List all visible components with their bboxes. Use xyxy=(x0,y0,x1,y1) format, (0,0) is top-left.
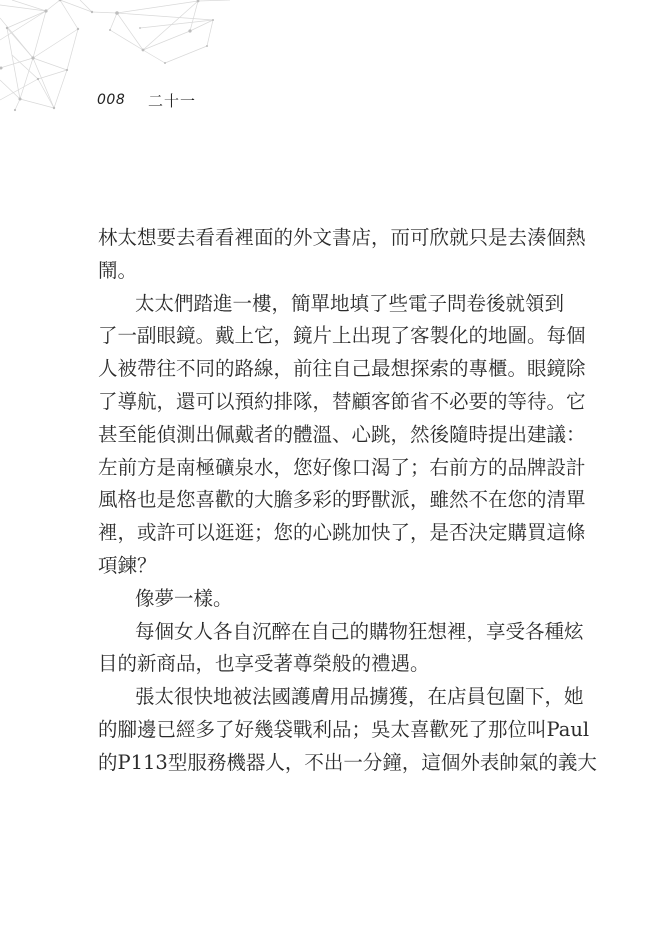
text-line: 了一副眼鏡。戴上它，鏡片上出現了客製化的地圖。每個 xyxy=(98,324,539,357)
text-line: 左前方是南極礦泉水，您好像口渴了；右前方的品牌設計 xyxy=(98,456,539,489)
text-line: 甚至能偵測出佩戴者的體溫、心跳，然後隨時提出建議： xyxy=(98,423,539,456)
text-line: 像夢一樣。 xyxy=(98,587,539,620)
text-line: 的P113型服務機器人，不出一分鐘，這個外表帥氣的義大 xyxy=(98,751,539,784)
page-number: 008 xyxy=(97,92,148,108)
running-header: 008 二十一 xyxy=(97,90,196,110)
text-line: 目的新商品，也享受著尊榮般的禮遇。 xyxy=(98,652,539,685)
chapter-title: 二十一 xyxy=(148,90,196,111)
text-line: 人被帶往不同的路線，前往自己最想探索的專櫃。眼鏡除 xyxy=(98,357,539,390)
text-line: 鬧。 xyxy=(98,259,539,292)
text-line: 每個女人各自沉醉在自己的購物狂想裡，享受各種炫 xyxy=(98,620,539,653)
body-text: 林太想要去看看裡面的外文書店，而可欣就只是去湊個熱鬧。太太們踏進一樓，簡單地填了… xyxy=(98,226,539,784)
text-line: 的腳邊已經多了好幾袋戰利品；吳太喜歡死了那位叫Paul xyxy=(98,718,539,751)
text-line: 裡，或許可以逛逛；您的心跳加快了，是否決定購買這條 xyxy=(98,521,539,554)
text-line: 項鍊？ xyxy=(98,554,539,587)
text-line: 林太想要去看看裡面的外文書店，而可欣就只是去湊個熱 xyxy=(98,226,539,259)
text-line: 太太們踏進一樓，簡單地填了些電子問卷後就領到 xyxy=(98,292,539,325)
text-line: 了導航，還可以預約排隊，替顧客節省不必要的等待。它 xyxy=(98,390,539,423)
text-line: 張太很快地被法國護膚用品擄獲，在店員包圍下，她 xyxy=(98,685,539,718)
text-line: 風格也是您喜歡的大膽多彩的野獸派，雖然不在您的清單 xyxy=(98,488,539,521)
